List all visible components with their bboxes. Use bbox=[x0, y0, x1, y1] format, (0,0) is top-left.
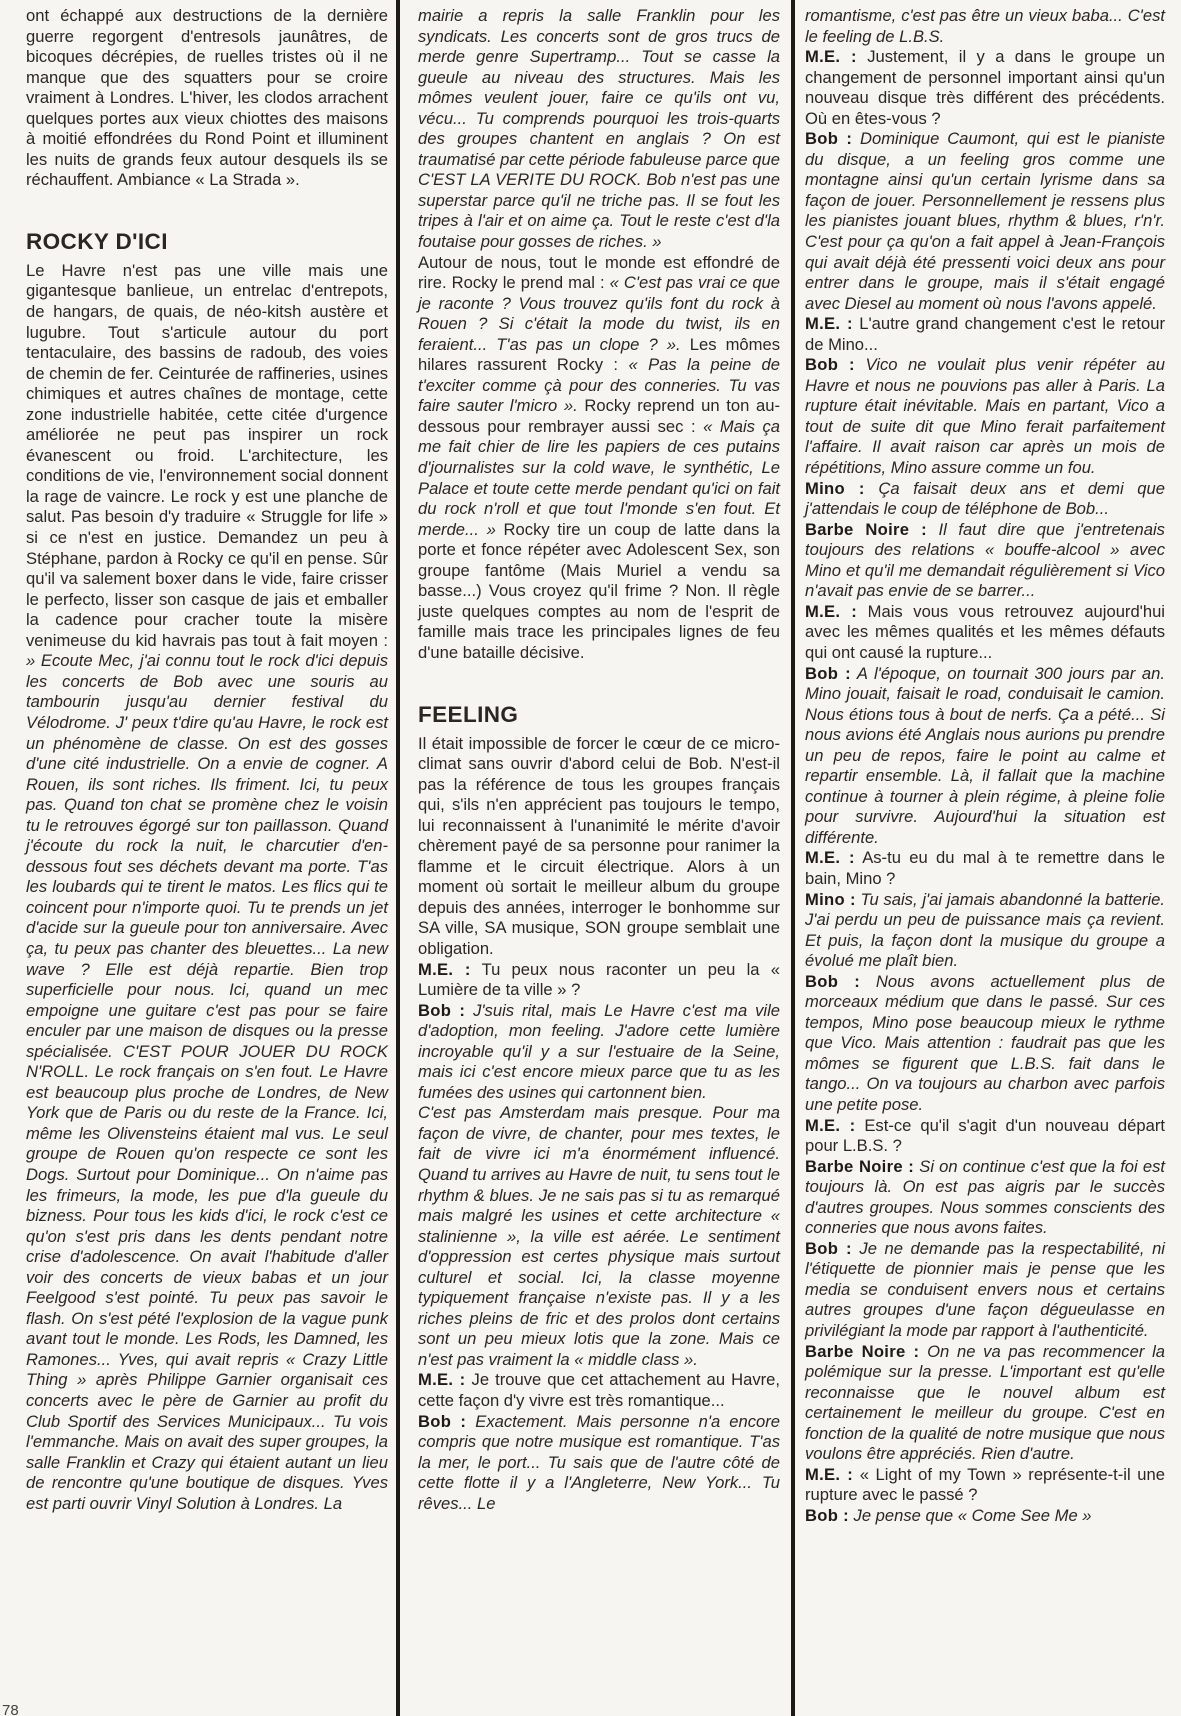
magazine-page: ont échappé aux destructions de la derni… bbox=[0, 0, 1181, 1716]
speaker-label: Mino : bbox=[805, 479, 865, 498]
interview-line: M.E. : Je trouve que cet attachement au … bbox=[418, 1370, 780, 1411]
speaker-label: M.E. : bbox=[805, 848, 855, 867]
rocky-quote-continued: mairie a repris la salle Franklin pour l… bbox=[418, 6, 780, 253]
interview-line: M.E. : « Light of my Town » représente-t… bbox=[805, 1465, 1165, 1506]
narrative-text: Le Havre n'est pas une ville mais une gi… bbox=[26, 261, 388, 650]
interview-text: Je ne demande pas la respectabilité, ni … bbox=[805, 1239, 1165, 1340]
speaker-label: M.E. : bbox=[418, 960, 471, 979]
interview-text: L'autre grand changement c'est le retour… bbox=[805, 314, 1165, 354]
narrative-paragraph: Autour de nous, tout le monde est effond… bbox=[418, 253, 780, 664]
interview-line: Bob : Je pense que « Come See Me » bbox=[805, 1506, 1165, 1527]
page-edge-fade bbox=[1155, 1480, 1181, 1716]
interview-line: M.E. : Mais vous vous retrouvez aujourd'… bbox=[805, 602, 1165, 664]
interview-line: Bob : Vico ne voulait plus venir répéter… bbox=[805, 355, 1165, 478]
speaker-label: Bob : bbox=[418, 1001, 465, 1020]
speaker-label: M.E. : bbox=[805, 602, 857, 621]
speaker-label: M.E. : bbox=[805, 314, 853, 333]
interview-line: M.E. : As-tu eu du mal à te remettre dan… bbox=[805, 848, 1165, 889]
speaker-label: Barbe Noire : bbox=[805, 520, 927, 539]
speaker-label: Bob : bbox=[805, 129, 852, 148]
speaker-label: M.E. : bbox=[805, 47, 857, 66]
rocky-paragraph: Le Havre n'est pas une ville mais une gi… bbox=[26, 261, 388, 1514]
interview-line: Bob : A l'époque, on tournait 300 jours … bbox=[805, 664, 1165, 849]
column-1: ont échappé aux destructions de la derni… bbox=[26, 6, 388, 1514]
interview-line: M.E. : Tu peux nous raconter un peu la «… bbox=[418, 960, 780, 1001]
interview-line: Mino : Ça faisait deux ans et demi que j… bbox=[805, 479, 1165, 520]
interview-text: As-tu eu du mal à te remettre dans le ba… bbox=[805, 848, 1165, 888]
interview-text: Je pense que « Come See Me » bbox=[849, 1506, 1092, 1525]
interview-line: romantisme, c'est pas être un vieux baba… bbox=[805, 6, 1165, 47]
interview-text: A l'époque, on tournait 300 jours par an… bbox=[805, 664, 1165, 847]
interview-line: C'est pas Amsterdam mais presque. Pour m… bbox=[418, 1103, 780, 1370]
interview-line: M.E. : Justement, il y a dans le groupe … bbox=[805, 47, 1165, 129]
interview-line: Bob : Exactement. Mais personne n'a enco… bbox=[418, 1412, 780, 1515]
column-2: mairie a repris la salle Franklin pour l… bbox=[418, 6, 780, 1514]
speaker-label: M.E. : bbox=[805, 1116, 855, 1135]
feeling-intro: Il était impossible de forcer le cœur de… bbox=[418, 734, 780, 960]
interview-text: « Light of my Town » représente-t-il une… bbox=[805, 1465, 1165, 1505]
interview-text: J'suis rital, mais Le Havre c'est ma vil… bbox=[418, 1001, 780, 1102]
interview-text: Nous avons actuellement plus de morceaux… bbox=[805, 972, 1165, 1114]
speaker-label: Bob : bbox=[805, 664, 851, 683]
page-number: 78 bbox=[2, 1703, 19, 1716]
narrative-text: Rocky tire un coup de latte dans la port… bbox=[418, 520, 780, 662]
interview-text: Exactement. Mais personne n'a encore com… bbox=[418, 1412, 780, 1513]
interview-line: M.E. : Est-ce qu'il s'agit d'un nouveau … bbox=[805, 1116, 1165, 1157]
interview-line: Barbe Noire : On ne va pas recommencer l… bbox=[805, 1342, 1165, 1465]
interview-line: M.E. : L'autre grand changement c'est le… bbox=[805, 314, 1165, 355]
interview-line: Mino : Tu sais, j'ai jamais abandonné la… bbox=[805, 890, 1165, 972]
intro-paragraph: ont échappé aux destructions de la derni… bbox=[26, 6, 388, 191]
interview-line: Barbe Noire : Si on continue c'est que l… bbox=[805, 1157, 1165, 1239]
interview-text: Mais vous vous retrouvez aujourd'hui ave… bbox=[805, 602, 1165, 662]
interview-line: Bob : Dominique Caumont, qui est le pian… bbox=[805, 129, 1165, 314]
section-heading-rocky: ROCKY D'ICI bbox=[26, 229, 388, 255]
interview-line: Bob : Nous avons actuellement plus de mo… bbox=[805, 972, 1165, 1116]
column-3: romantisme, c'est pas être un vieux baba… bbox=[805, 6, 1165, 1526]
section-heading-feeling: FEELING bbox=[418, 702, 780, 728]
interview-line: Bob : Je ne demande pas la respectabilit… bbox=[805, 1239, 1165, 1342]
interview-line: Barbe Noire : Il faut dire que j'entrete… bbox=[805, 520, 1165, 602]
speaker-label: Mino : bbox=[805, 890, 856, 909]
column-divider bbox=[396, 0, 400, 1716]
speaker-label: Bob : bbox=[805, 1239, 852, 1258]
speaker-label: Bob : bbox=[805, 972, 860, 991]
interview-text: Tu sais, j'ai jamais abandonné la batter… bbox=[805, 890, 1165, 971]
interview-text: Est-ce qu'il s'agit d'un nouveau départ … bbox=[805, 1116, 1165, 1156]
interview-text: Dominique Caumont, qui est le pianiste d… bbox=[805, 129, 1165, 312]
column-divider bbox=[791, 0, 795, 1716]
speaker-label: Barbe Noire : bbox=[805, 1157, 914, 1176]
interview-text: Je trouve que cet attachement au Havre, … bbox=[418, 1370, 780, 1410]
interview-text: Tu peux nous raconter un peu la « Lumièr… bbox=[418, 960, 780, 1000]
speaker-label: Bob : bbox=[805, 1506, 849, 1525]
speaker-label: Bob : bbox=[805, 355, 855, 374]
rocky-quote: » Ecoute Mec, j'ai connu tout le rock d'… bbox=[26, 651, 388, 1512]
speaker-label: Barbe Noire : bbox=[805, 1342, 919, 1361]
interview-line: Bob : J'suis rital, mais Le Havre c'est … bbox=[418, 1001, 780, 1104]
interview-text: Vico ne voulait plus venir répéter au Ha… bbox=[805, 355, 1165, 477]
interview-text: Justement, il y a dans le groupe un chan… bbox=[805, 47, 1165, 128]
speaker-label: M.E. : bbox=[418, 1370, 466, 1389]
speaker-label: M.E. : bbox=[805, 1465, 853, 1484]
speaker-label: Bob : bbox=[418, 1412, 466, 1431]
